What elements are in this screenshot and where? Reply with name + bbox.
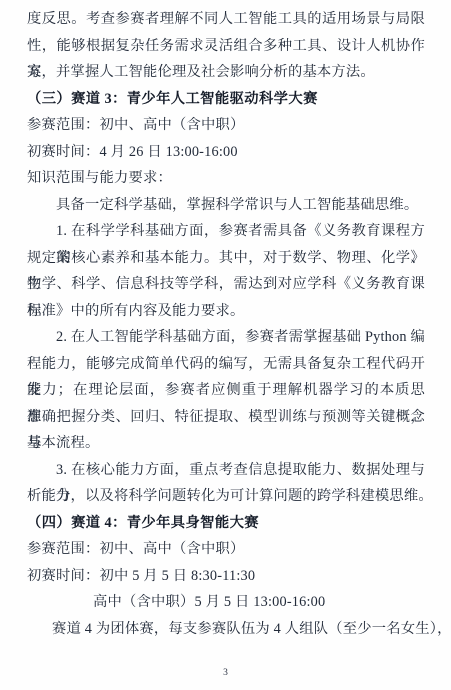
text-line: 赛道 4 为团体赛，每支参赛队伍为 4 人组队（至少一名女生）， xyxy=(27,616,425,643)
text-line: 程能力，能够完成简单代码的编写，无需具备复杂工程代码开发 xyxy=(27,351,425,378)
text-line: 参赛范围：初中、高中（含中职） xyxy=(27,536,425,563)
section-heading: （四）赛道 4：青少年具身智能大赛 xyxy=(27,510,425,537)
section-heading: （三）赛道 3：青少年人工智能驱动科学大赛 xyxy=(27,86,425,113)
text-line: 初赛时间：4 月 26 日 13:00-16:00 xyxy=(27,139,425,166)
text-line: 2. 在人工智能学科基础方面，参赛者需掌握基础 Python 编 xyxy=(27,324,425,351)
page-number: 3 xyxy=(0,668,451,678)
text-line: 基本流程。 xyxy=(27,430,425,457)
text-line: 初赛时间：初中 5 月 5 日 8:30-11:30 xyxy=(27,563,425,590)
text-line: 高中（含中职）5 月 5 日 13:00-16:00 xyxy=(27,589,425,616)
text-line: 1. 在科学学科基础方面，参赛者需具备《义务教育课程方案》 xyxy=(27,218,425,245)
text-line: 具备一定科学基础，掌握科学常识与人工智能基础思维。 xyxy=(27,192,425,219)
text-line: 析能力，以及将科学问题转化为可计算问题的跨学科建模思维。 xyxy=(27,483,425,510)
text-line: 参赛范围：初中、高中（含中职） xyxy=(27,112,425,139)
document-page: 度反思。考查参赛者理解不同人工智能工具的适用场景与局限性，能够根据复杂任务需求灵… xyxy=(0,0,451,690)
text-line: 性，能够根据复杂任务需求灵活组合多种工具、设计人机协作方 xyxy=(27,33,425,60)
text-line: 标准》中的所有内容及能力要求。 xyxy=(27,298,425,325)
text-line: 3. 在核心能力方面，重点考查信息提取能力、数据处理与分 xyxy=(27,457,425,484)
text-line: 规定的核心素养和基本能力。其中，对于数学、物理、化学、生 xyxy=(27,245,425,272)
text-line: 知识范围与能力要求： xyxy=(27,165,425,192)
document-body: 度反思。考查参赛者理解不同人工智能工具的适用场景与局限性，能够根据复杂任务需求灵… xyxy=(27,6,425,642)
text-line: 物学、科学、信息科技等学科，需达到对应学科《义务教育课程 xyxy=(27,271,425,298)
text-line: 准确把握分类、回归、特征提取、模型训练与预测等关键概念与 xyxy=(27,404,425,431)
text-line: 案，并掌握人工智能伦理及社会影响分析的基本方法。 xyxy=(27,59,425,86)
text-line: 能力；在理论层面，参赛者应侧重于理解机器学习的本质思想， xyxy=(27,377,425,404)
text-line: 度反思。考查参赛者理解不同人工智能工具的适用场景与局限 xyxy=(27,6,425,33)
